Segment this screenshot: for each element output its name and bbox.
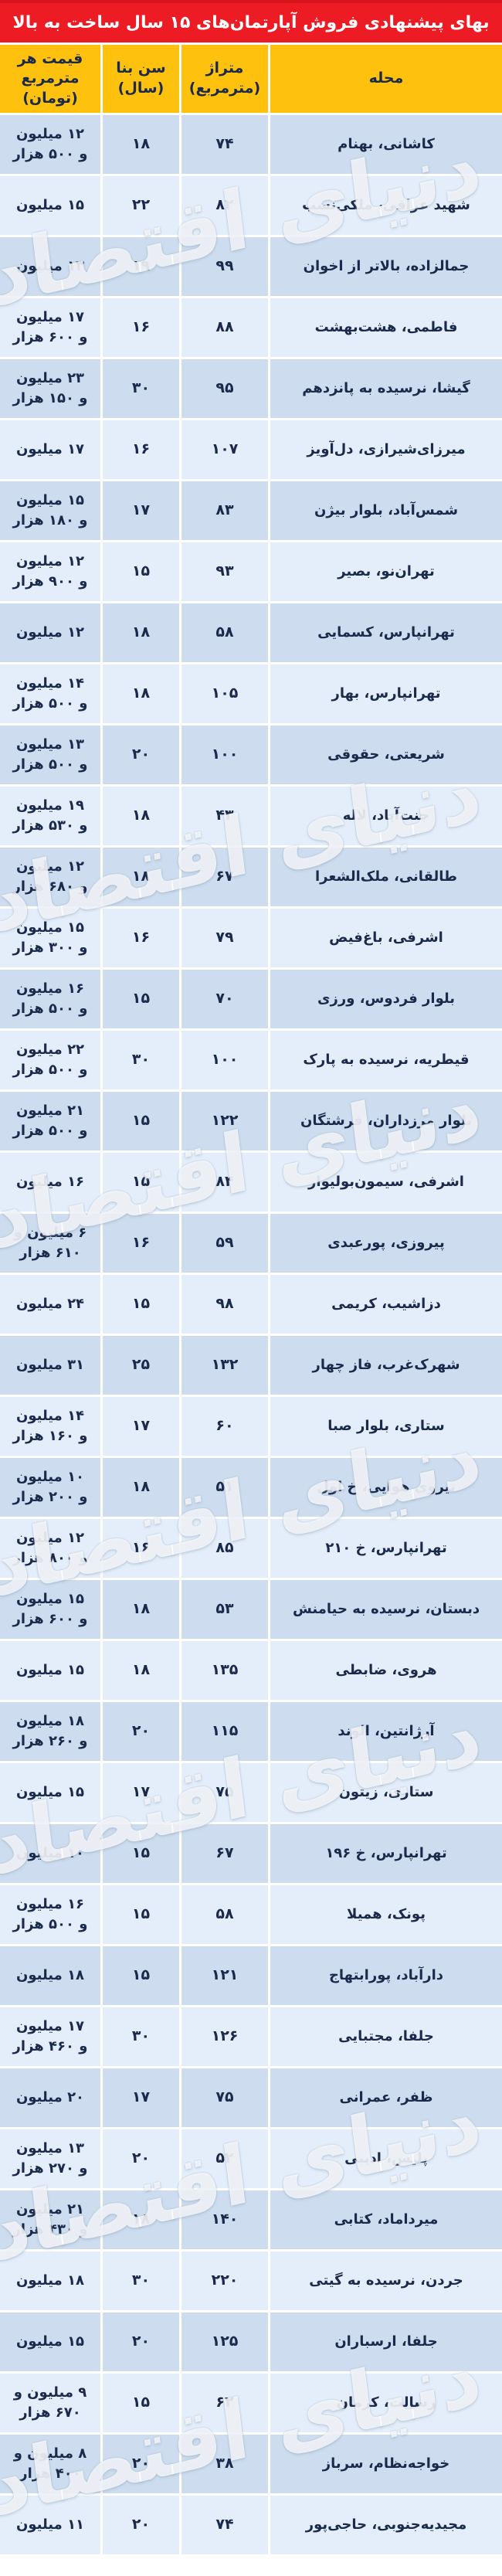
table-row: بلوار مرزداران، فرشتگان ۱۲۲ ۱۵ ۲۱ میلیون… <box>0 1092 502 1150</box>
neighborhood-cell: شمس‌آباد، بلوار بیژن <box>270 481 502 540</box>
price-cell: ۱۷ میلیون و ۶۰۰ هزار <box>0 298 100 357</box>
age-cell: ۳۰ <box>103 359 179 418</box>
price-cell: ۱۷ میلیون و ۴۶۰ هزار <box>0 2007 100 2066</box>
price-cell: ۱۲ میلیون و ۵۰۰ هزار <box>0 115 100 174</box>
price-cell: ۱۳ میلیون و ۵۰۰ هزار <box>0 726 100 784</box>
table-row: میرداماد، کتابی ۱۴۰ ۱۸ ۲۱ میلیون و ۴۳۰ ه… <box>0 2190 502 2249</box>
neighborhood-cell: شهید عراقی، ملکی‌نسب <box>270 176 502 235</box>
price-cell: ۲۱ میلیون و ۵۰۰ هزار <box>0 1092 100 1150</box>
neighborhood-cell: ستاری، بلوار صبا <box>270 1397 502 1456</box>
age-cell: ۱۸ <box>103 1458 179 1517</box>
table-row: گیشا، نرسیده به پانزدهم ۹۵ ۳۰ ۲۳ میلیون … <box>0 359 502 418</box>
age-cell: ۱۶ <box>103 298 179 357</box>
area-cell: ۷۵ <box>181 2068 268 2127</box>
table-row: کاشانی، بهنام ۷۴ ۱۸ ۱۲ میلیون و ۵۰۰ هزار <box>0 115 502 174</box>
table-row: طالقانی، ملک‌الشعرا ۶۷ ۱۸ ۱۲ میلیون و ۶۸… <box>0 848 502 906</box>
area-cell: ۸۸ <box>181 298 268 357</box>
price-cell: ۱۶ میلیون و ۵۰۰ هزار <box>0 970 100 1028</box>
area-cell: ۶۷ <box>181 1824 268 1883</box>
neighborhood-cell: طالقانی، ملک‌الشعرا <box>270 848 502 906</box>
price-cell: ۱۵ میلیون و ۳۰۰ هزار <box>0 909 100 967</box>
price-cell: ۱۸ میلیون <box>0 2251 100 2310</box>
neighborhood-cell: میرداماد، کتابی <box>270 2190 502 2249</box>
column-header-age-line1: سن بنا <box>116 59 165 79</box>
column-header-area: متراژ (مترمربع) <box>181 45 268 113</box>
price-cell: ۲۲ میلیون و ۵۰۰ هزار <box>0 1031 100 1089</box>
table-row: تهرانپارس، بهار ۱۰۵ ۱۸ ۱۴ میلیون و ۵۰۰ ه… <box>0 664 502 723</box>
area-cell: ۱۲۶ <box>181 2007 268 2066</box>
area-cell: ۵۱ <box>181 1458 268 1517</box>
page-title-text: بهای پیشنهادی فروش آپارتمان‌های ۱۵ سال س… <box>12 13 489 32</box>
price-cell: ۱۰ میلیون <box>0 1824 100 1883</box>
price-cell: ۱۵ میلیون <box>0 1641 100 1700</box>
neighborhood-cell: پیروزی، پورعبدی <box>270 1214 502 1273</box>
neighborhood-cell: ستاری، زیتون <box>270 1763 502 1822</box>
neighborhood-cell: تهرانپارس، خ ۲۱۰ <box>270 1519 502 1578</box>
price-cell: ۱۵ میلیون <box>0 176 100 235</box>
neighborhood-cell: بلوار فردوس، ورزی <box>270 970 502 1028</box>
age-cell: ۲۰ <box>103 2129 179 2188</box>
neighborhood-cell: شهرک‌غرب، فاز چهار <box>270 1336 502 1395</box>
area-cell: ۴۳ <box>181 787 268 845</box>
price-cell: ۱۷ میلیون <box>0 420 100 479</box>
page-title: بهای پیشنهادی فروش آپارتمان‌های ۱۵ سال س… <box>0 0 502 42</box>
column-header-area-line2: (مترمربع) <box>189 79 260 99</box>
table-row: جلفا، ارسباران ۱۲۵ ۲۰ ۱۵ میلیون <box>0 2313 502 2371</box>
area-cell: ۱۳۵ <box>181 1641 268 1700</box>
price-cell: ۶ میلیون و ۶۱۰ هزار <box>0 1214 100 1273</box>
table-row: هروی، ضابطی ۱۳۵ ۱۸ ۱۵ میلیون <box>0 1641 502 1700</box>
area-cell: ۵۸ <box>181 603 268 662</box>
neighborhood-cell: جمالزاده، بالاتر از اخوان <box>270 237 502 296</box>
area-cell: ۶۰ <box>181 1397 268 1456</box>
price-cell: ۱۳ میلیون و ۲۷۰ هزار <box>0 2129 100 2188</box>
newspaper-table-page: بهای پیشنهادی فروش آپارتمان‌های ۱۵ سال س… <box>0 0 502 2576</box>
age-cell: ۱۶ <box>103 1519 179 1578</box>
area-cell: ۵۲ <box>181 2129 268 2188</box>
price-cell: ۱۸ میلیون و ۲۶۰ هزار <box>0 1702 100 1761</box>
age-cell: ۱۸ <box>103 664 179 723</box>
age-cell: ۳۰ <box>103 2007 179 2066</box>
area-cell: ۹۵ <box>181 359 268 418</box>
table-row: پیروزی، پورعبدی ۵۹ ۱۶ ۶ میلیون و ۶۱۰ هزا… <box>0 1214 502 1273</box>
age-cell: ۱۸ <box>103 848 179 906</box>
table-row: بلوار فردوس، ورزی ۷۰ ۱۵ ۱۶ میلیون و ۵۰۰ … <box>0 970 502 1028</box>
area-cell: ۸۲ <box>181 176 268 235</box>
price-cell: ۱۲ میلیون و ۶۸۰ هزار <box>0 848 100 906</box>
neighborhood-cell: فاطمی، هشت‌بهشت <box>270 298 502 357</box>
price-cell: ۳۱ میلیون <box>0 1336 100 1395</box>
age-cell: ۱۶ <box>103 1214 179 1273</box>
area-cell: ۹۳ <box>181 542 268 601</box>
age-cell: ۱۸ <box>103 1580 179 1639</box>
area-cell: ۹۹ <box>181 237 268 296</box>
price-cell: ۱۵ میلیون <box>0 1763 100 1822</box>
neighborhood-cell: اشرفی، باغ‌فیض <box>270 909 502 967</box>
area-cell: ۵۳ <box>181 1580 268 1639</box>
age-cell: ۱۸ <box>103 787 179 845</box>
age-cell: ۱۵ <box>103 1946 179 2005</box>
neighborhood-cell: شریعتی، حقوقی <box>270 726 502 784</box>
age-cell: ۱۵ <box>103 2374 179 2432</box>
neighborhood-cell: تهرانپارس، بهار <box>270 664 502 723</box>
table-row: شهید عراقی، ملکی‌نسب ۸۲ ۲۲ ۱۵ میلیون <box>0 176 502 235</box>
age-cell: ۱۷ <box>103 481 179 540</box>
age-cell: ۲۰ <box>103 1702 179 1761</box>
price-cell: ۱۵ میلیون و ۱۸۰ هزار <box>0 481 100 540</box>
table-row: تهرانپارس، کسمایی ۵۸ ۱۸ ۱۲ میلیون <box>0 603 502 662</box>
table-row: مجیدیه‌جنوبی، حاجی‌پور ۷۴ ۲۰ ۱۱ میلیون <box>0 2496 502 2554</box>
table-row: تهران‌نو، بصیر ۹۳ ۱۵ ۱۲ میلیون و ۹۰۰ هزا… <box>0 542 502 601</box>
area-cell: ۶۷ <box>181 848 268 906</box>
neighborhood-cell: خواجه‌نظام، سرباز <box>270 2435 502 2493</box>
age-cell: ۱۵ <box>103 1824 179 1883</box>
area-cell: ۱۰۰ <box>181 1031 268 1089</box>
neighborhood-cell: پونک، همیلا <box>270 1885 502 1944</box>
area-cell: ۱۲۱ <box>181 1946 268 2005</box>
area-cell: ۷۹ <box>181 909 268 967</box>
table-row: رسالت، کرمان ۶۲ ۱۵ ۹ میلیون و ۶۷۰ هزار <box>0 2374 502 2432</box>
area-cell: ۸۳ <box>181 481 268 540</box>
price-cell: ۱۲ میلیون و ۸۰۰ هزار <box>0 1519 100 1578</box>
area-cell: ۱۲۲ <box>181 1092 268 1150</box>
column-header-area-line1: متراژ <box>206 59 244 79</box>
price-cell: ۱۹ میلیون و ۵۳۰ هزار <box>0 787 100 845</box>
price-cell: ۱۶ میلیون و ۵۰۰ هزار <box>0 1885 100 1944</box>
area-cell: ۲۲۰ <box>181 2251 268 2310</box>
area-cell: ۱۴۰ <box>181 2190 268 2249</box>
age-cell: ۱۵ <box>103 1092 179 1150</box>
table-row: اشرفی، سیمون‌بولیوار ۸۴ ۱۵ ۱۶ میلیون <box>0 1153 502 1212</box>
column-header-age: سن بنا (سال) <box>103 45 179 113</box>
age-cell: ۱۵ <box>103 1153 179 1212</box>
column-header-neighborhood: محله <box>270 45 502 113</box>
table-row: دزاشیب، کریمی ۹۸ ۱۵ ۲۴ میلیون <box>0 1275 502 1334</box>
table-row: دارآباد، پورابتهاج ۱۲۱ ۱۵ ۱۸ میلیون <box>0 1946 502 2005</box>
area-cell: ۱۳۲ <box>181 1336 268 1395</box>
age-cell: ۱۷ <box>103 2068 179 2127</box>
area-cell: ۸۵ <box>181 1519 268 1578</box>
neighborhood-cell: اشرفی، سیمون‌بولیوار <box>270 1153 502 1212</box>
area-cell: ۷۴ <box>181 115 268 174</box>
age-cell: ۱۸ <box>103 115 179 174</box>
table-row: دبستان، نرسیده به حیامنش ۵۳ ۱۸ ۱۵ میلیون… <box>0 1580 502 1639</box>
price-cell: ۲۰ میلیون <box>0 2068 100 2127</box>
price-cell: ۸ میلیون و ۴۰۰ هزار <box>0 2435 100 2493</box>
table-row: جردن، نرسیده به گیتی ۲۲۰ ۳۰ ۱۸ میلیون <box>0 2251 502 2310</box>
column-header-price: قیمت هر مترمربع (تومان) <box>0 45 100 113</box>
area-cell: ۱۰۰ <box>181 726 268 784</box>
table-row: میرزای‌شیرازی، دل‌آویز ۱۰۷ ۱۶ ۱۷ میلیون <box>0 420 502 479</box>
price-cell: ۱۵ میلیون و ۶۰۰ هزار <box>0 1580 100 1639</box>
price-cell: ۱۶ میلیون <box>0 1153 100 1212</box>
price-cell: ۱۰ میلیون و ۲۰۰ هزار <box>0 1458 100 1517</box>
age-cell: ۲۰ <box>103 2313 179 2371</box>
price-cell: ۱۱ میلیون <box>0 2496 100 2554</box>
age-cell: ۱۶ <box>103 420 179 479</box>
area-cell: ۱۰۷ <box>181 420 268 479</box>
table-body: کاشانی، بهنام ۷۴ ۱۸ ۱۲ میلیون و ۵۰۰ هزار… <box>0 115 502 2554</box>
neighborhood-cell: بلوار مرزداران، فرشتگان <box>270 1092 502 1150</box>
age-cell: ۲۵ <box>103 1336 179 1395</box>
neighborhood-cell: پلیس، ادیبی <box>270 2129 502 2188</box>
table-row: ستاری، بلوار صبا ۶۰ ۱۷ ۱۴ میلیون و ۱۶۰ ه… <box>0 1397 502 1456</box>
neighborhood-cell: گیشا، نرسیده به پانزدهم <box>270 359 502 418</box>
neighborhood-cell: تهرانپارس، کسمایی <box>270 603 502 662</box>
age-cell: ۱۵ <box>103 542 179 601</box>
neighborhood-cell: جردن، نرسیده به گیتی <box>270 2251 502 2310</box>
neighborhood-cell: کاشانی، بهنام <box>270 115 502 174</box>
price-cell: ۱۳ میلیون <box>0 237 100 296</box>
area-cell: ۸۴ <box>181 1153 268 1212</box>
column-header-age-line2: (سال) <box>118 79 165 99</box>
age-cell: ۳۰ <box>103 2251 179 2310</box>
price-cell: ۱۸ میلیون <box>0 1946 100 2005</box>
neighborhood-cell: تهرانپارس، خ ۱۹۶ <box>270 1824 502 1883</box>
neighborhood-cell: نیروی هوایی، خ اول <box>270 1458 502 1517</box>
neighborhood-cell: آرژانتین، الوند <box>270 1702 502 1761</box>
age-cell: ۳۰ <box>103 1031 179 1089</box>
area-cell: ۳۸ <box>181 2435 268 2493</box>
age-cell: ۲۰ <box>103 2496 179 2554</box>
table-row: اشرفی، باغ‌فیض ۷۹ ۱۶ ۱۵ میلیون و ۳۰۰ هزا… <box>0 909 502 967</box>
neighborhood-cell: دبستان، نرسیده به حیامنش <box>270 1580 502 1639</box>
area-cell: ۹۸ <box>181 1275 268 1334</box>
price-cell: ۲۴ میلیون <box>0 1275 100 1334</box>
price-cell: ۹ میلیون و ۶۷۰ هزار <box>0 2374 100 2432</box>
column-header-price-line2: مترمربع (تومان) <box>0 69 100 108</box>
neighborhood-cell: مجیدیه‌جنوبی، حاجی‌پور <box>270 2496 502 2554</box>
table-row: قیطریه، نرسیده به پارک ۱۰۰ ۳۰ ۲۲ میلیون … <box>0 1031 502 1089</box>
age-cell: ۱۵ <box>103 970 179 1028</box>
table-row: پلیس، ادیبی ۵۲ ۲۰ ۱۳ میلیون و ۲۷۰ هزار <box>0 2129 502 2188</box>
area-cell: ۱۱۵ <box>181 1702 268 1761</box>
price-cell: ۲۳ میلیون و ۱۵۰ هزار <box>0 359 100 418</box>
price-cell: ۱۲ میلیون و ۹۰۰ هزار <box>0 542 100 601</box>
table-row: ستاری، زیتون ۷۵ ۱۷ ۱۵ میلیون <box>0 1763 502 1822</box>
table-row: نیروی هوایی، خ اول ۵۱ ۱۸ ۱۰ میلیون و ۲۰۰… <box>0 1458 502 1517</box>
table-row: آرژانتین، الوند ۱۱۵ ۲۰ ۱۸ میلیون و ۲۶۰ ه… <box>0 1702 502 1761</box>
age-cell: ۲۲ <box>103 176 179 235</box>
neighborhood-cell: قیطریه، نرسیده به پارک <box>270 1031 502 1089</box>
age-cell: ۱۵ <box>103 1885 179 1944</box>
age-cell: ۱۷ <box>103 1397 179 1456</box>
area-cell: ۱۲۵ <box>181 2313 268 2371</box>
neighborhood-cell: دارآباد، پورابتهاج <box>270 1946 502 2005</box>
area-cell: ۶۲ <box>181 2374 268 2432</box>
age-cell: ۲۰ <box>103 726 179 784</box>
age-cell: ۱۸ <box>103 1641 179 1700</box>
price-cell: ۱۵ میلیون <box>0 2313 100 2371</box>
area-cell: ۵۹ <box>181 1214 268 1273</box>
table-row: پونک، همیلا ۵۸ ۱۵ ۱۶ میلیون و ۵۰۰ هزار <box>0 1885 502 1944</box>
neighborhood-cell: دزاشیب، کریمی <box>270 1275 502 1334</box>
table-row: خواجه‌نظام، سرباز ۳۸ ۲۰ ۸ میلیون و ۴۰۰ ه… <box>0 2435 502 2493</box>
column-header-neighborhood-label: محله <box>369 69 404 89</box>
price-cell: ۱۴ میلیون و ۱۶۰ هزار <box>0 1397 100 1456</box>
age-cell: ۱۸ <box>103 603 179 662</box>
table-header-row: محله متراژ (مترمربع) سن بنا (سال) قیمت ه… <box>0 45 502 113</box>
table-row: شمس‌آباد، بلوار بیژن ۸۳ ۱۷ ۱۵ میلیون و ۱… <box>0 481 502 540</box>
area-cell: ۷۰ <box>181 970 268 1028</box>
area-cell: ۵۸ <box>181 1885 268 1944</box>
table-row: جلفا، مجتبایی ۱۲۶ ۳۰ ۱۷ میلیون و ۴۶۰ هزا… <box>0 2007 502 2066</box>
neighborhood-cell: جلفا، ارسباران <box>270 2313 502 2371</box>
neighborhood-cell: ظفر، عمرانی <box>270 2068 502 2127</box>
area-cell: ۷۵ <box>181 1763 268 1822</box>
price-cell: ۱۲ میلیون <box>0 603 100 662</box>
price-cell: ۲۱ میلیون و ۴۳۰ هزار <box>0 2190 100 2249</box>
age-cell: ۱۸ <box>103 2190 179 2249</box>
table-row: تهرانپارس، خ ۱۹۶ ۶۷ ۱۵ ۱۰ میلیون <box>0 1824 502 1883</box>
table-row: شهرک‌غرب، فاز چهار ۱۳۲ ۲۵ ۳۱ میلیون <box>0 1336 502 1395</box>
neighborhood-cell: تهران‌نو، بصیر <box>270 542 502 601</box>
price-cell: ۱۴ میلیون و ۵۰۰ هزار <box>0 664 100 723</box>
table-row: ظفر، عمرانی ۷۵ ۱۷ ۲۰ میلیون <box>0 2068 502 2127</box>
neighborhood-cell: هروی، ضابطی <box>270 1641 502 1700</box>
age-cell: ۱۵ <box>103 1275 179 1334</box>
age-cell: ۲۰ <box>103 2435 179 2493</box>
table-row: جنت‌آباد، لاله ۴۳ ۱۸ ۱۹ میلیون و ۵۳۰ هزا… <box>0 787 502 845</box>
neighborhood-cell: میرزای‌شیرازی، دل‌آویز <box>270 420 502 479</box>
table-row: تهرانپارس، خ ۲۱۰ ۸۵ ۱۶ ۱۲ میلیون و ۸۰۰ ه… <box>0 1519 502 1578</box>
neighborhood-cell: جنت‌آباد، لاله <box>270 787 502 845</box>
area-cell: ۷۴ <box>181 2496 268 2554</box>
table-row: شریعتی، حقوقی ۱۰۰ ۲۰ ۱۳ میلیون و ۵۰۰ هزا… <box>0 726 502 784</box>
table-row: فاطمی، هشت‌بهشت ۸۸ ۱۶ ۱۷ میلیون و ۶۰۰ هز… <box>0 298 502 357</box>
age-cell: ۱۹ <box>103 237 179 296</box>
area-cell: ۱۰۵ <box>181 664 268 723</box>
table-row: جمالزاده، بالاتر از اخوان ۹۹ ۱۹ ۱۳ میلیو… <box>0 237 502 296</box>
age-cell: ۱۷ <box>103 1763 179 1822</box>
neighborhood-cell: رسالت، کرمان <box>270 2374 502 2432</box>
neighborhood-cell: جلفا، مجتبایی <box>270 2007 502 2066</box>
age-cell: ۱۶ <box>103 909 179 967</box>
column-header-price-line1: قیمت هر <box>18 49 83 70</box>
